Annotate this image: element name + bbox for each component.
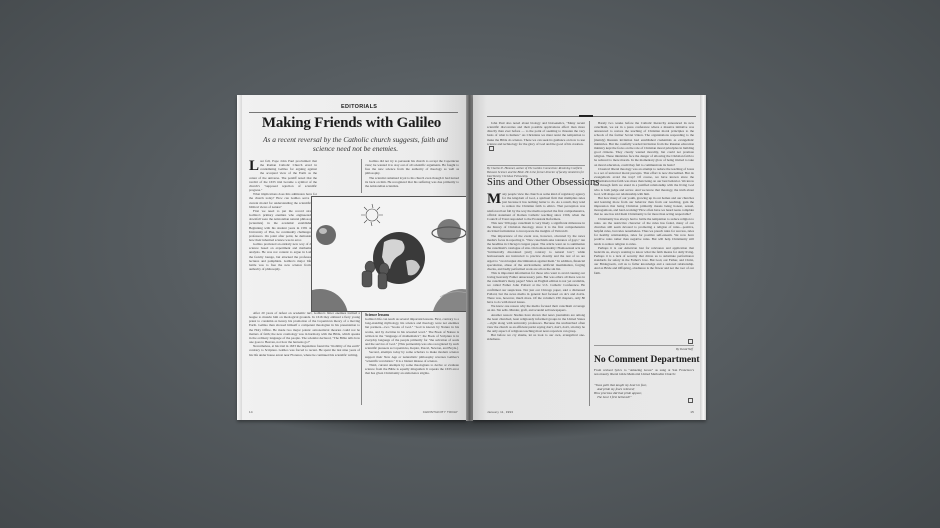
section-title: Sins and Other Obsessions xyxy=(487,177,599,188)
end-mark-icon xyxy=(688,339,693,344)
paragraph: Galileo's life can teach us several impo… xyxy=(365,317,459,350)
paragraph: Christianity has always had to battle th… xyxy=(594,217,694,246)
paragraph: What implications does this admission ha… xyxy=(249,192,317,209)
planets-astronauts-illustration xyxy=(312,197,466,311)
dropcap: M xyxy=(487,193,501,205)
right-column-2: Barely two weeks before the Catholic hie… xyxy=(594,121,694,339)
column-divider xyxy=(361,159,362,193)
paragraph: But how many of our youth, growing up in… xyxy=(594,196,694,217)
paragraph: This new 500-page catechism is very like… xyxy=(487,221,585,233)
paragraph: After 20 years of defeat on academic tur… xyxy=(249,311,360,344)
magazine-name: CHRISTIANITY TODAY xyxy=(423,410,458,414)
byline: By David Neff xyxy=(676,348,693,352)
no-comment-verse: "Twas guilt that taught my heart to fear… xyxy=(594,383,689,403)
right-column-1-top: John Paul also noted about biology and b… xyxy=(487,121,585,163)
galileo-illustration xyxy=(311,196,466,312)
paragraph: The scientist remained loyal to his chur… xyxy=(365,176,459,188)
paragraph: Galileo did not try to persuade his chur… xyxy=(365,159,459,176)
verse-line: The hour I first believed!" xyxy=(594,395,689,399)
section-label: EDITORIALS xyxy=(341,104,377,110)
end-mark-icon xyxy=(688,398,693,403)
paragraph: Barely two weeks before the Catholic hie… xyxy=(594,121,694,167)
paragraph: The importance of the event was, however… xyxy=(487,234,585,271)
paragraph: Galileo promoted an entirely new way of … xyxy=(249,242,317,271)
paragraph: Second, attempts today by some scholars … xyxy=(365,350,459,362)
paragraph: Nevertheless, at his trial in 1633 the I… xyxy=(249,344,360,356)
issue-date: January 11, 1993 xyxy=(487,410,513,414)
paragraph: From revised lyrics to "Amazing Grace" a… xyxy=(594,368,694,376)
paragraph: First we need to put the record straight… xyxy=(249,209,317,242)
no-comment-title: No Comment Department xyxy=(594,355,700,365)
right-column-1-body: M any people view the church as some kin… xyxy=(487,192,585,404)
magazine-spine xyxy=(466,95,473,421)
paragraph: Classical liberal theology was an attemp… xyxy=(594,167,694,196)
paragraph: ast fall, Pope John Paul proclaimed that… xyxy=(249,159,317,192)
paragraph: any people view the church as some kind … xyxy=(487,192,585,221)
paragraph: We know one reason why the media focused… xyxy=(487,304,585,312)
left-column-1-bottom: After 20 years of defeat on academic tur… xyxy=(249,311,360,405)
paragraph: This is important information for those … xyxy=(487,271,585,304)
no-comment-intro: From revised lyrics to "Amazing Grace" a… xyxy=(594,368,694,382)
column-divider xyxy=(361,311,362,405)
page-number: 14 xyxy=(249,410,253,414)
article-title: Making Friends with Galileo xyxy=(237,115,466,132)
paragraph: Third, current attempts by some theologi… xyxy=(365,363,459,375)
paragraph: Perhaps it is our American lust for rele… xyxy=(594,246,694,275)
paragraph: John Paul also noted about biology and b… xyxy=(487,121,585,146)
column-divider xyxy=(589,121,590,406)
end-mark-icon xyxy=(489,146,494,151)
header-rule-accent xyxy=(579,115,593,117)
article-subtitle: As a recent reversal by the Catholic chu… xyxy=(257,135,454,153)
left-column-2-bottom: Science lessons Galileo's life can teach… xyxy=(365,312,459,407)
right-page: John Paul also noted about biology and b… xyxy=(473,95,706,420)
left-page: EDITORIALS Making Friends with Galileo A… xyxy=(237,95,466,420)
header-rule xyxy=(249,112,458,113)
dropcap: L xyxy=(249,160,259,172)
divider-rule xyxy=(594,345,694,346)
paragraph: But before we cry shame, let us look to … xyxy=(487,333,585,341)
paragraph: Another reason: Studies have shown that … xyxy=(487,313,585,334)
page-number: 15 xyxy=(690,410,694,414)
left-column-2-top: Galileo did not try to persuade his chur… xyxy=(365,159,459,193)
